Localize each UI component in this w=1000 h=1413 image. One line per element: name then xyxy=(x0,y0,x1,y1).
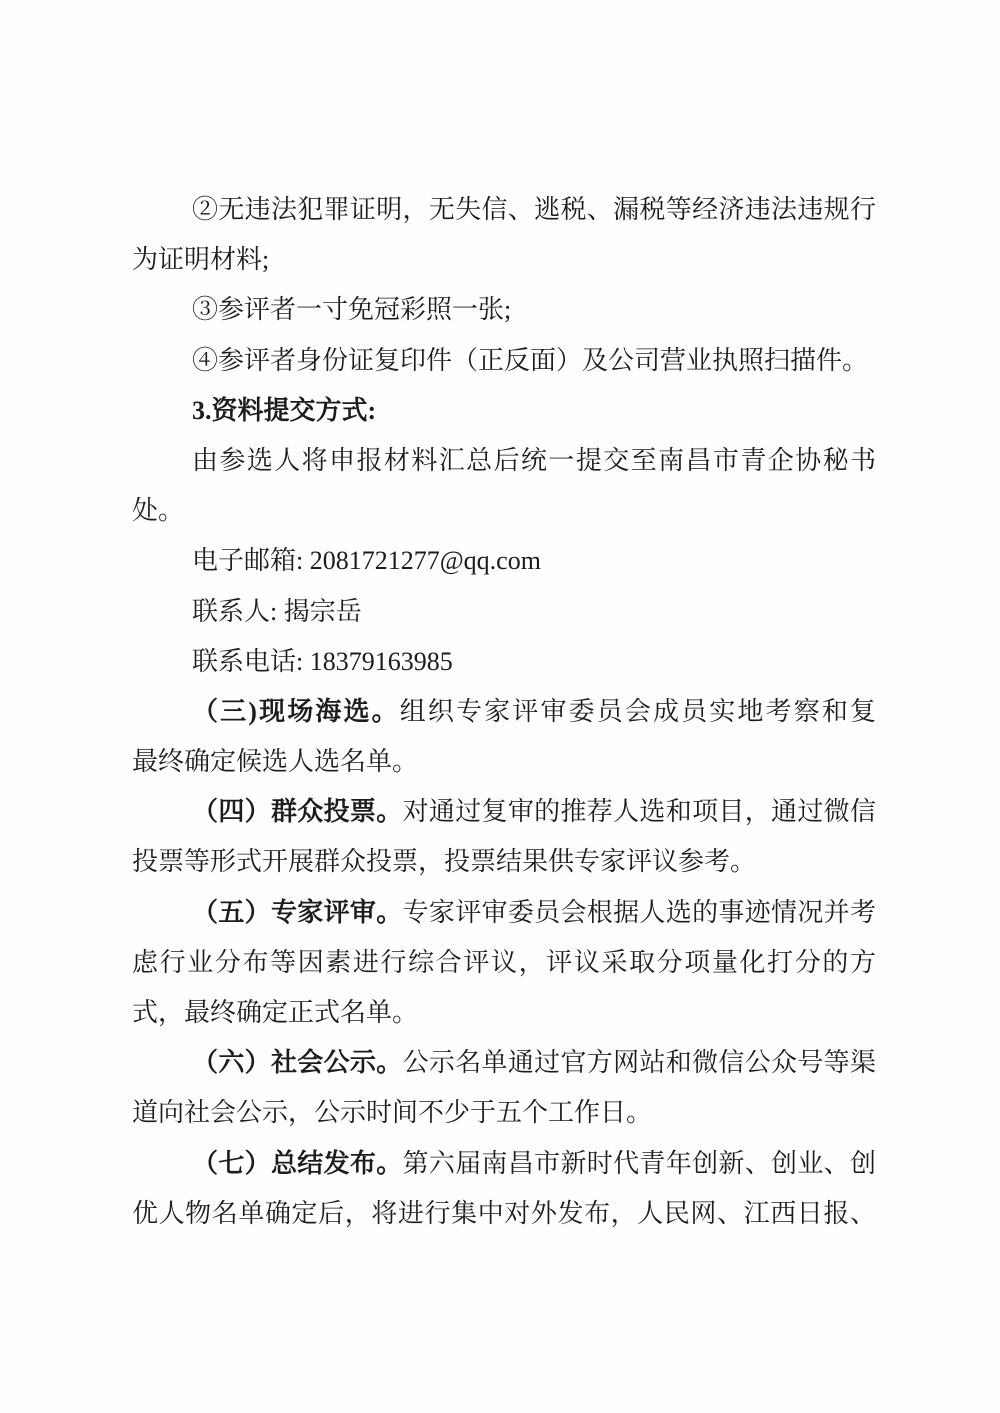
line-text: 最终确定候选人选名单。 xyxy=(132,747,418,776)
line-item2-continued: 为证明材料; xyxy=(132,235,876,285)
line-text: 第六届南昌市新时代青年创新、创业、创 xyxy=(403,1149,876,1178)
line-item2-certificates: ②无违法犯罪证明，无失信、逃税、漏税等经济违法违规行 xyxy=(132,185,876,235)
line-text: ③参评者一寸免冠彩照一张; xyxy=(192,295,511,324)
line-text: 投票等形式开展群众投票，投票结果供专家评议参考。 xyxy=(132,847,756,876)
section-5-continued-1: 虑行业分布等因素进行综合评议，评议采取分项量化打分的方 xyxy=(132,938,876,988)
contact-person-text: 联系人: 揭宗岳 xyxy=(192,597,362,626)
section-3-onsite-selection: （三)现场海选。组织专家评审委员会成员实地考察和复审， xyxy=(132,687,876,737)
line-item4-id-copy: ④参评者身份证复印件（正反面）及公司营业执照扫描件。 xyxy=(132,336,876,386)
heading-text: 3.资料提交方式: xyxy=(192,396,376,425)
line-contact-phone: 联系电话: 18379163985 xyxy=(132,637,876,687)
line-text: 为证明材料; xyxy=(132,245,269,274)
line-text: ④参评者身份证复印件（正反面）及公司营业执照扫描件。 xyxy=(192,346,868,375)
line-text: 对通过复审的推荐人选和项目，通过微信 xyxy=(403,797,876,826)
email-text: 电子邮箱: 2081721277@qq.com xyxy=(192,546,541,575)
document-page: ②无违法犯罪证明，无失信、逃税、漏税等经济违法违规行 为证明材料; ③参评者一寸… xyxy=(0,0,1000,1413)
document-body: ②无违法犯罪证明，无失信、逃税、漏税等经济违法违规行 为证明材料; ③参评者一寸… xyxy=(132,185,876,1239)
line-contact-person: 联系人: 揭宗岳 xyxy=(132,587,876,637)
line-text: 式，最终确定正式名单。 xyxy=(132,998,418,1027)
line-text: 优人物名单确定后，将进行集中对外发布，人民网、江西日报、 xyxy=(132,1199,876,1228)
line-text: 由参选人将申报材料汇总后统一提交至南昌市青企协秘书 xyxy=(192,446,876,475)
line-email: 电子邮箱: 2081721277@qq.com xyxy=(132,536,876,586)
line-text: ②无违法犯罪证明，无失信、逃税、漏税等经济违法违规行 xyxy=(192,195,876,224)
section-heading-text: （三)现场海选。 xyxy=(192,697,400,726)
section-heading-text: （五）专家评审。 xyxy=(192,898,403,927)
line-item3-photo: ③参评者一寸免冠彩照一张; xyxy=(132,285,876,335)
line-text: 处。 xyxy=(132,496,184,525)
line-text: 道向社会公示，公示时间不少于五个工作日。 xyxy=(132,1098,652,1127)
contact-phone-text: 联系电话: 18379163985 xyxy=(192,647,453,676)
section-3-continued: 最终确定候选人选名单。 xyxy=(132,737,876,787)
section-7-summary-release: （七）总结发布。第六届南昌市新时代青年创新、创业、创 xyxy=(132,1139,876,1189)
section-6-continued: 道向社会公示，公示时间不少于五个工作日。 xyxy=(132,1088,876,1138)
section-6-public-announcement: （六）社会公示。公示名单通过官方网站和微信公众号等渠 xyxy=(132,1038,876,1088)
section-7-continued: 优人物名单确定后，将进行集中对外发布，人民网、江西日报、 xyxy=(132,1189,876,1239)
heading-submission-method: 3.资料提交方式: xyxy=(132,386,876,436)
line-submission-desc-continued: 处。 xyxy=(132,486,876,536)
line-submission-desc: 由参选人将申报材料汇总后统一提交至南昌市青企协秘书 xyxy=(132,436,876,486)
section-heading-text: （六）社会公示。 xyxy=(192,1048,403,1077)
section-heading-text: （四）群众投票。 xyxy=(192,797,403,826)
section-4-public-voting: （四）群众投票。对通过复审的推荐人选和项目，通过微信 xyxy=(132,787,876,837)
section-heading-text: （七）总结发布。 xyxy=(192,1149,403,1178)
line-text: 公示名单通过官方网站和微信公众号等渠 xyxy=(403,1048,876,1077)
section-4-continued: 投票等形式开展群众投票，投票结果供专家评议参考。 xyxy=(132,837,876,887)
section-5-expert-review: （五）专家评审。专家评审委员会根据人选的事迹情况并考 xyxy=(132,888,876,938)
line-text: 虑行业分布等因素进行综合评议，评议采取分项量化打分的方 xyxy=(132,948,876,977)
section-5-continued-2: 式，最终确定正式名单。 xyxy=(132,988,876,1038)
line-text: 专家评审委员会根据人选的事迹情况并考 xyxy=(403,898,876,927)
